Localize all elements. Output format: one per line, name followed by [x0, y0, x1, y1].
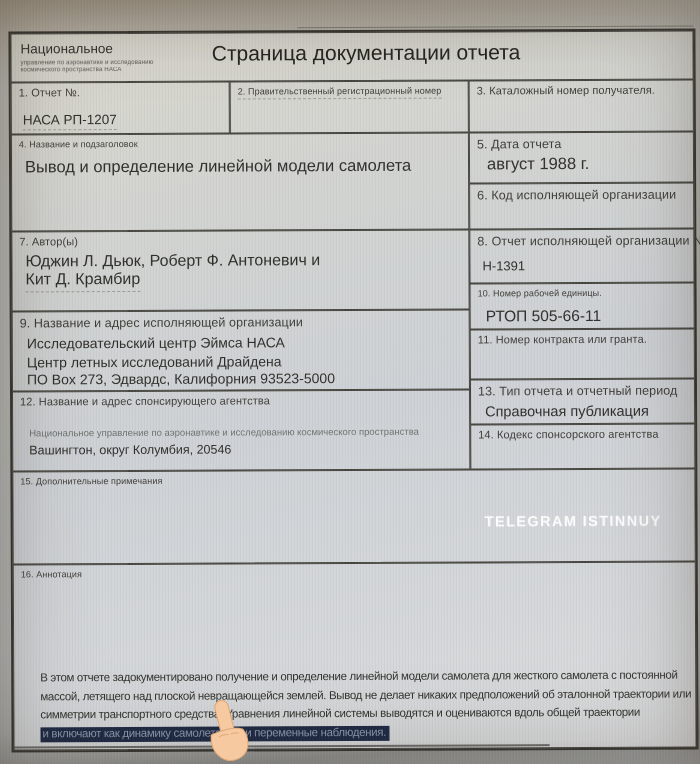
field-5-label: 5. Дата отчета: [477, 137, 562, 151]
field-15-label: 15. Дополнительные примечания: [20, 476, 162, 487]
field-13-label: 13. Тип отчета и отчетный период: [478, 384, 677, 399]
form-header: Национальное управление по аэронавтике и…: [10, 31, 693, 83]
field-7-authors: 7. Автор(ы) Юджин Л. Дьюк, Роберт Ф. Ант…: [11, 229, 469, 311]
field-16-label: 16. Аннотация: [21, 569, 82, 579]
field-16-abstract: 16. Аннотация В этом отчете задокументир…: [13, 562, 697, 751]
agency-subline-1: управление по аэронавтике и исследованию: [21, 60, 154, 67]
field-9-performing-org-name-address: 9. Название и адрес исполняющей организа…: [12, 309, 470, 391]
field-7-label: 7. Автор(ы): [19, 236, 78, 248]
field-9-label: 9. Название и адрес исполняющей организа…: [20, 315, 303, 330]
field-9-address-line-3: ПО Box 273, Эдвардс, Калифорния 93523-50…: [27, 370, 335, 387]
field-12-label: 12. Название и адрес спонсирующего агент…: [20, 395, 270, 408]
field-13-value: Справочная публикация: [485, 404, 649, 421]
field-12-agency-line-1: Национальное управление по аэронавтике и…: [29, 427, 419, 440]
pointing-finger-cursor-icon: [198, 699, 256, 764]
page-title: Страница документации отчета: [212, 41, 521, 66]
field-4-label: 4. Название и подзаголовок: [19, 139, 138, 150]
field-5-value: август 1988 г.: [487, 155, 589, 174]
field-6-performing-org-code: 6. Код исполняющей организации: [469, 183, 694, 230]
bottom-scan-line: [15, 744, 550, 748]
field-6-label: 6. Код исполняющей организации: [477, 188, 676, 203]
field-14-label: 14. Кодекс спонсорского агентства: [478, 429, 658, 442]
field-7-authors-line-1: Юджин Л. Дьюк, Роберт Ф. Антоневич и: [25, 251, 320, 271]
field-1-label: 1. Отчет №.: [19, 87, 80, 99]
document-form: Национальное управление по аэронавтике и…: [8, 29, 698, 753]
field-4-value: Вывод и определение линейной модели само…: [25, 157, 411, 178]
field-14-sponsoring-agency-code: 14. Кодекс спонсорского агентства: [470, 424, 695, 470]
field-3-label: 3. Каталожный номер получателя.: [477, 85, 655, 98]
field-9-address-line-1: Исследовательский центр Эймса НАСА: [27, 334, 285, 351]
field-10-value: РТОП 505-66-11: [486, 308, 602, 327]
abstract-line-4-highlighted: и включают как динамику самолета, так и …: [40, 722, 672, 743]
field-2-label: 2. Правительственный регистрационный ном…: [238, 86, 442, 100]
field-8-value: Н-1391: [482, 258, 525, 273]
field-7-authors-line-2: Кит Д. Крамбир: [25, 271, 140, 293]
field-9-address-line-2: Центр летных исследований Драйдена: [27, 353, 282, 370]
field-2-government-accession: 2. Правительственный регистрационный ном…: [230, 80, 469, 133]
agency-name: Национальное: [20, 41, 112, 56]
field-8-label: 8. Отчет исполняющей организации №: [477, 233, 700, 248]
telegram-watermark: TELEGRAM ISTINNUY: [485, 514, 662, 531]
field-12-sponsoring-agency-name-address: 12. Название и адрес спонсирующего агент…: [12, 389, 470, 471]
field-11-label: 11. Номер контракта или гранта.: [478, 334, 647, 347]
field-5-report-date: 5. Дата отчета август 1988 г.: [469, 132, 694, 184]
field-1-report-number: 1. Отчет №. НАСА РП-1207: [11, 82, 230, 135]
field-12-agency-line-2: Вашингтон, округ Колумбия, 20546: [29, 443, 231, 458]
abstract-line-3: симметрии транспортного средства. Уравне…: [40, 704, 672, 725]
agency-subline-2: космического пространства НАСА: [21, 67, 122, 73]
field-1-value: НАСА РП-1207: [23, 112, 117, 130]
report-documentation-photo: Национальное управление по аэронавтике и…: [0, 0, 700, 764]
field-15-supplementary-notes: 15. Дополнительные примечания TELEGRAM I…: [12, 469, 695, 565]
field-11-contract-grant-number: 11. Номер контракта или гранта.: [470, 329, 695, 380]
field-10-label: 10. Номер рабочей единицы.: [478, 288, 602, 299]
field-3-recipient-catalog: 3. Каталожный номер получателя.: [469, 80, 694, 133]
abstract-line-1: В этом отчете задокументировано получени…: [40, 667, 672, 688]
field-13-report-type-period: 13. Тип отчета и отчетный период Справоч…: [470, 379, 695, 425]
field-8-performing-org-report-no: 8. Отчет исполняющей организации № Н-139…: [469, 229, 694, 284]
abstract-text-block: В этом отчете задокументировано получени…: [40, 667, 672, 744]
field-10-work-unit-number: 10. Номер рабочей единицы. РТОП 505-66-1…: [470, 283, 695, 330]
field-4-title-subtitle: 4. Название и подзаголовок Вывод и опред…: [11, 132, 469, 231]
